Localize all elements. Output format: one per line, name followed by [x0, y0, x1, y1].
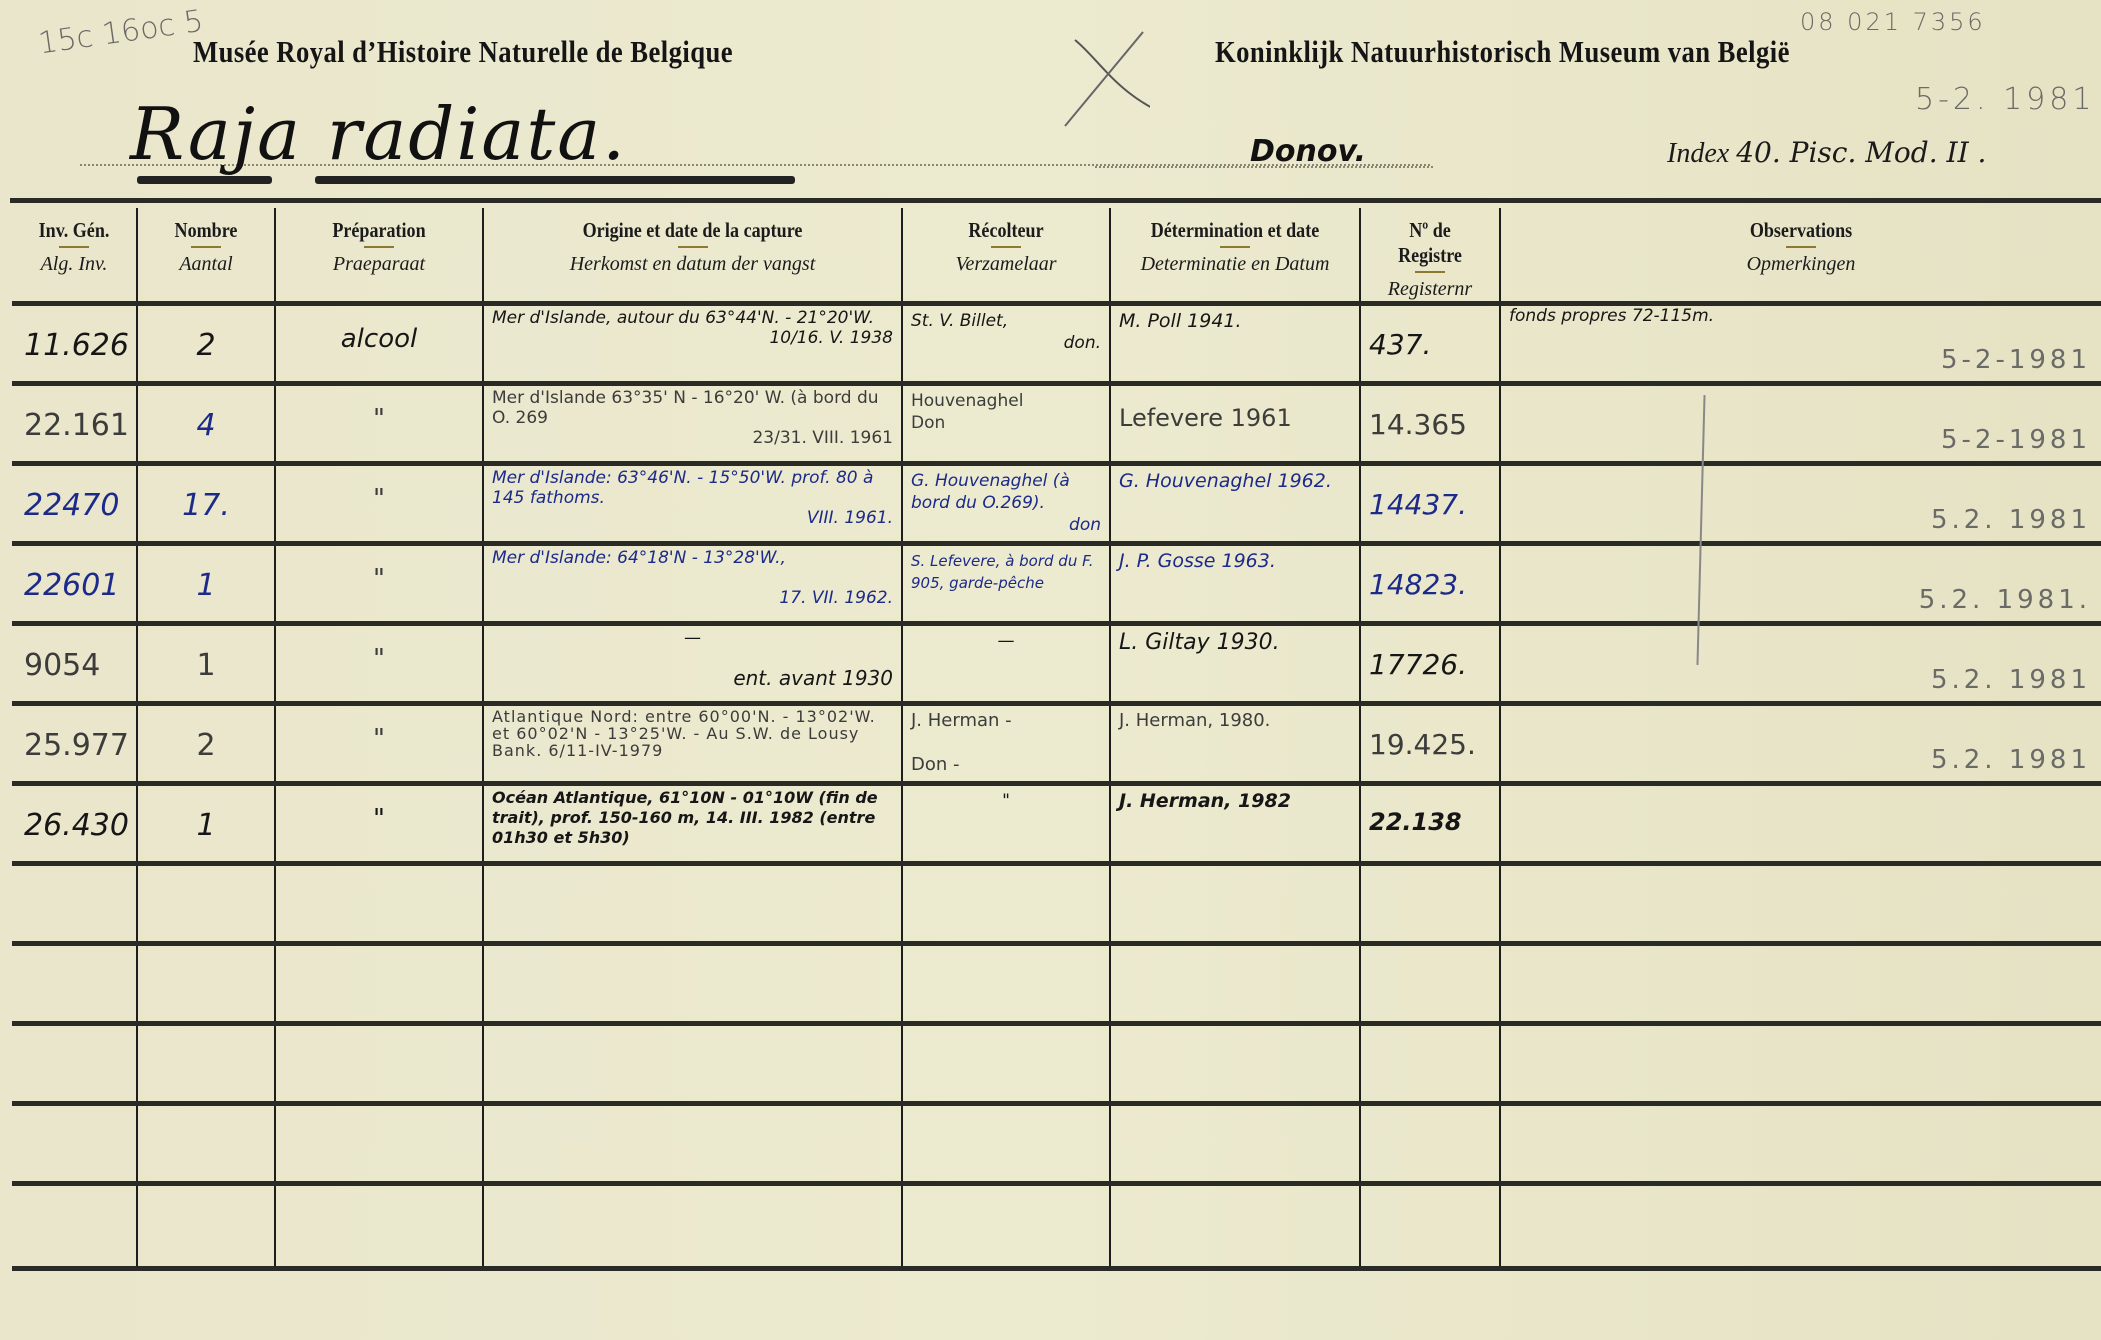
table-row: 9054 1 " —ent. avant 1930 — L. Giltay 19…: [12, 624, 2101, 704]
origin-cell: Mer d'Islande, autour du 63°44'N. - 21°2…: [483, 304, 902, 384]
origin-text: —: [684, 628, 701, 648]
column-header-origin: Origine et date de la captureHerkomst en…: [483, 208, 902, 304]
capture-date: VIII. 1961.: [492, 508, 893, 528]
collector-cell: G. Houvenaghel (à bord du O.269).don: [902, 464, 1110, 544]
preparation: ": [275, 624, 483, 704]
observation-date: 5.2. 1981.: [1919, 585, 2091, 615]
register-number: 437.: [1360, 304, 1500, 384]
observations-cell: 5.2. 1981: [1500, 624, 2101, 704]
column-header-register-number: Nº de RegistreRegisternr: [1360, 208, 1500, 304]
determination: Lefevere 1961: [1110, 384, 1360, 464]
header-date: 5-2. 1981: [1915, 82, 2095, 117]
capture-date: 17. VII. 1962.: [492, 588, 893, 608]
origin-text: Mer d'Islande: 63°46'N. - 15°50'W. prof.…: [492, 468, 873, 508]
observation-date: 5-2-1981: [1941, 345, 2091, 375]
specimen-count: 2: [137, 704, 275, 784]
register-number: 14823.: [1360, 544, 1500, 624]
collector-note: don.: [911, 332, 1101, 354]
collector-cell: S. Lefevere, à bord du F. 905, garde-pêc…: [902, 544, 1110, 624]
species-name: Raja radiata.: [130, 92, 627, 176]
table-row: 26.430 1 " Océan Atlantique, 61°10N - 01…: [12, 784, 2101, 864]
column-header-inventory: Inv. Gén.Alg. Inv.: [12, 208, 137, 304]
determination: J. P. Gosse 1963.: [1110, 544, 1360, 624]
observations-cell: 5-2-1981: [1500, 384, 2101, 464]
observations-cell: 5.2. 1981: [1500, 464, 2101, 544]
inventory-number: 22601: [12, 544, 137, 624]
origin-cell: Mer d'Islande 63°35' N - 16°20' W. (à bo…: [483, 384, 902, 464]
preparation: ": [275, 384, 483, 464]
determination: L. Giltay 1930.: [1110, 624, 1360, 704]
pencil-cross-mark-icon: [1030, 30, 1150, 130]
collector: —: [998, 631, 1015, 651]
column-header-count: NombreAantal: [137, 208, 275, 304]
species-underline: [137, 176, 272, 184]
catalog-number: 08 021 7356: [1800, 8, 1986, 36]
inventory-number: 11.626: [12, 304, 137, 384]
collector-note: don: [911, 514, 1101, 536]
origin-cell: —ent. avant 1930: [483, 624, 902, 704]
specimen-register-card: 15c 16oc 5 08 021 7356 5-2. 1981 Musée R…: [0, 0, 2101, 1340]
column-header-observations: ObservationsOpmerkingen: [1500, 208, 2101, 304]
collector-cell: —: [902, 624, 1110, 704]
preparation: ": [275, 704, 483, 784]
column-header-preparation: PréparationPraeparaat: [275, 208, 483, 304]
institution-name-french: Musée Royal d’Histoire Naturelle de Belg…: [193, 34, 733, 70]
origin-cell: Océan Atlantique, 61°10N - 01°10W (fin d…: [483, 784, 902, 864]
register-number: 14437.: [1360, 464, 1500, 544]
observation-date: 5.2. 1981: [1931, 505, 2091, 535]
collector: ": [1002, 791, 1010, 811]
collector: Houvenaghel: [911, 391, 1023, 411]
index-field: Index 40. Pisc. Mod. II .: [1667, 136, 1986, 170]
collector: J. Herman -: [911, 710, 1012, 731]
determination: J. Herman, 1982: [1110, 784, 1360, 864]
observation-text: fonds propres 72-115m.: [1509, 306, 1714, 326]
corner-pencil-note: 15c 16oc 5: [37, 7, 205, 60]
preparation: alcool: [275, 304, 483, 384]
origin-cell: Atlantique Nord: entre 60°00'N. - 13°02'…: [483, 704, 902, 784]
observations-cell: 5.2. 1981.: [1500, 544, 2101, 624]
specimen-count: 17.: [137, 464, 275, 544]
collector: S. Lefevere, à bord du F. 905, garde-pêc…: [911, 552, 1094, 592]
register-number: 14.365: [1360, 384, 1500, 464]
table-row: 22470 17. " Mer d'Islande: 63°46'N. - 15…: [12, 464, 2101, 544]
inventory-number: 26.430: [12, 784, 137, 864]
inventory-number: 22470: [12, 464, 137, 544]
capture-date: 6/11-IV-1979: [548, 741, 663, 760]
observation-date: 5.2. 1981: [1931, 665, 2091, 695]
column-header-determination: Détermination et dateDeterminatie en Dat…: [1110, 208, 1360, 304]
origin-text: Mer d'Islande 63°35' N - 16°20' W. (à bo…: [492, 388, 879, 428]
species-underline: [315, 176, 795, 184]
collector: G. Houvenaghel (à bord du O.269).: [911, 471, 1070, 513]
index-value: 40. Pisc. Mod. II .: [1736, 136, 1986, 169]
observation-date: 5-2-1981: [1941, 425, 2091, 455]
empty-table-row: [12, 1024, 2101, 1104]
register-table: Inv. Gén.Alg. Inv. NombreAantal Préparat…: [12, 208, 2101, 1271]
origin-text: Océan Atlantique, 61°10N - 01°10W (fin d…: [492, 788, 878, 847]
specimen-count: 2: [137, 304, 275, 384]
observations-cell: 5.2. 1981: [1500, 704, 2101, 784]
collector-cell: ": [902, 784, 1110, 864]
header-rule: [10, 198, 2101, 203]
table-header-row: Inv. Gén.Alg. Inv. NombreAantal Préparat…: [12, 208, 2101, 304]
table-row: 22601 1 " Mer d'Islande: 64°18'N - 13°28…: [12, 544, 2101, 624]
specimen-count: 4: [137, 384, 275, 464]
table-row: 25.977 2 " Atlantique Nord: entre 60°00'…: [12, 704, 2101, 784]
register-number: 22.138: [1360, 784, 1500, 864]
collector-note: Don -: [911, 754, 960, 775]
origin-cell: Mer d'Islande: 64°18'N - 13°28'W.,17. VI…: [483, 544, 902, 624]
inventory-number: 9054: [12, 624, 137, 704]
collector-cell: HouvenaghelDon: [902, 384, 1110, 464]
inventory-number: 22.161: [12, 384, 137, 464]
empty-table-row: [12, 944, 2101, 1024]
column-header-collector: RécolteurVerzamelaar: [902, 208, 1110, 304]
capture-date: 23/31. VIII. 1961: [492, 428, 893, 448]
register-number: 19.425.: [1360, 704, 1500, 784]
table-row: 22.161 4 " Mer d'Islande 63°35' N - 16°2…: [12, 384, 2101, 464]
determination: M. Poll 1941.: [1110, 304, 1360, 384]
observations-cell: [1500, 784, 2101, 864]
table-row: 11.626 2 alcool Mer d'Islande, autour du…: [12, 304, 2101, 384]
capture-date: 10/16. V. 1938: [492, 328, 893, 348]
collector-note: Don: [911, 413, 945, 433]
origin-text: Mer d'Islande, autour du 63°44'N. - 21°2…: [492, 308, 874, 328]
determination: J. Herman, 1980.: [1110, 704, 1360, 784]
origin-text: Mer d'Islande: 64°18'N - 13°28'W.,: [492, 548, 786, 568]
preparation: ": [275, 784, 483, 864]
capture-date: ent. avant 1930: [492, 668, 893, 688]
observations-cell: fonds propres 72-115m.5-2-1981: [1500, 304, 2101, 384]
preparation: ": [275, 464, 483, 544]
register-number: 17726.: [1360, 624, 1500, 704]
specimen-count: 1: [137, 624, 275, 704]
inventory-number: 25.977: [12, 704, 137, 784]
collector: St. V. Billet,: [911, 311, 1008, 331]
origin-cell: Mer d'Islande: 63°46'N. - 15°50'W. prof.…: [483, 464, 902, 544]
index-label: Index: [1667, 138, 1729, 169]
species-author: Donov.: [1250, 134, 1366, 169]
empty-table-row: [12, 864, 2101, 944]
specimen-count: 1: [137, 784, 275, 864]
collector-cell: J. Herman -Don -: [902, 704, 1110, 784]
empty-table-row: [12, 1184, 2101, 1269]
preparation: ": [275, 544, 483, 624]
collector-cell: St. V. Billet,don.: [902, 304, 1110, 384]
observation-date: 5.2. 1981: [1931, 745, 2091, 775]
specimen-count: 1: [137, 544, 275, 624]
determination: G. Houvenaghel 1962.: [1110, 464, 1360, 544]
institution-name-dutch: Koninklijk Natuurhistorisch Museum van B…: [1215, 34, 1790, 70]
empty-table-row: [12, 1104, 2101, 1184]
